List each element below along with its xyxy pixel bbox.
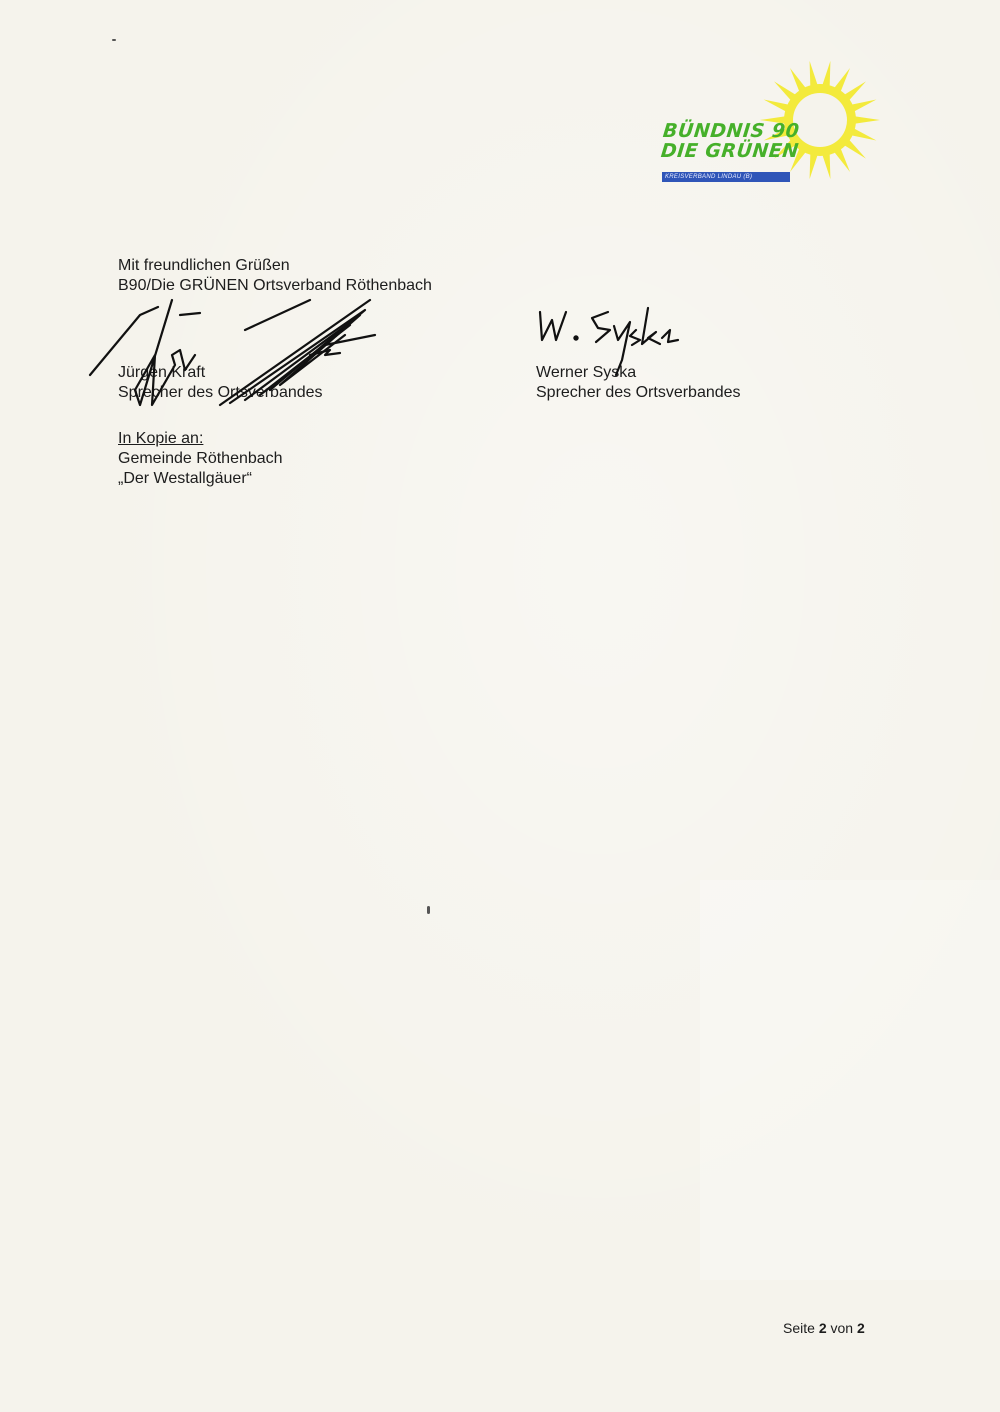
signatory-2-role: Sprecher des Ortsverbandes <box>536 383 741 403</box>
logo-wordmark: BÜNDNIS 90 DIE GRÜNEN <box>660 121 802 161</box>
closing-greeting: Mit freundlichen Grüßen <box>118 256 290 276</box>
closing-organization: B90/Die GRÜNEN Ortsverband Röthenbach <box>118 276 432 296</box>
copy-to-label: In Kopie an: <box>118 429 203 449</box>
page-number: Seite 2 von 2 <box>783 1320 865 1336</box>
copy-recipient-2: „Der Westallgäuer“ <box>118 469 252 489</box>
logo-line-2: DIE GRÜNEN <box>660 141 800 161</box>
paper-texture <box>0 0 1000 1412</box>
paper-speck <box>112 39 116 41</box>
paper-speck <box>427 906 430 914</box>
of-word: von <box>831 1320 854 1336</box>
current-page: 2 <box>819 1320 827 1336</box>
total-pages: 2 <box>857 1320 865 1336</box>
logo-line-1: BÜNDNIS 90 <box>662 121 802 141</box>
party-logo: BÜNDNIS 90 DIE GRÜNEN KREISVERBAND LINDA… <box>660 55 890 190</box>
page-word: Seite <box>783 1320 815 1336</box>
signatory-1-role: Sprecher des Ortsverbandes <box>118 383 323 403</box>
logo-subline: KREISVERBAND LINDAU (B) <box>662 172 790 182</box>
signatory-2-name: Werner Syska <box>536 363 636 383</box>
paper-highlight <box>700 880 1000 1280</box>
signatory-1-name: Jürgen Kraft <box>118 363 205 383</box>
copy-recipient-1: Gemeinde Röthenbach <box>118 449 283 469</box>
